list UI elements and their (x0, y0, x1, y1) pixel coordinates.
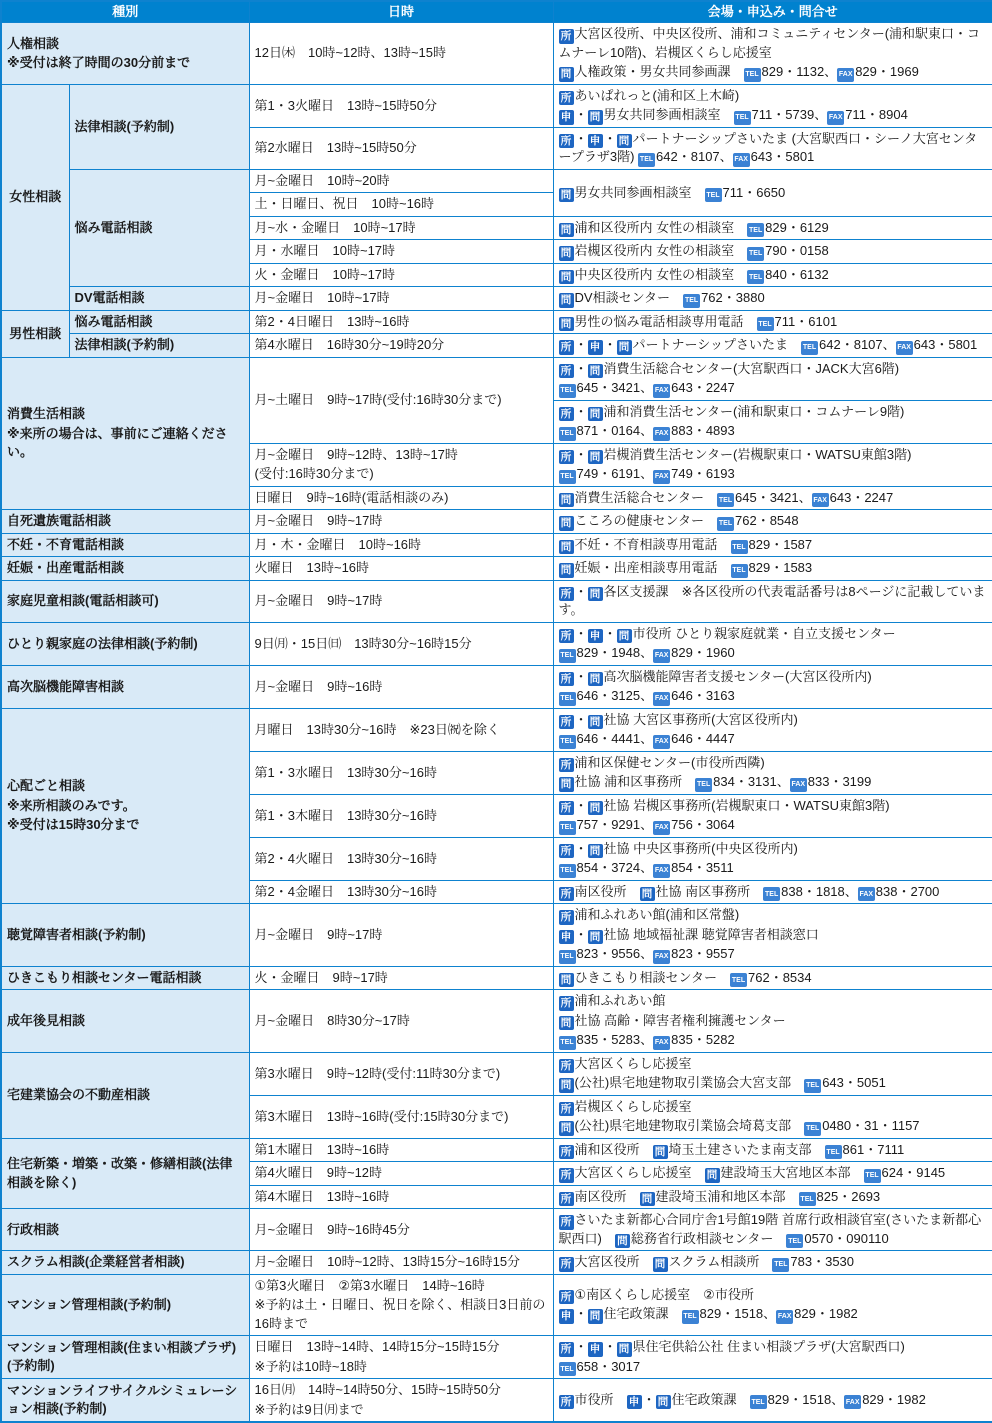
place-icon: 所 (559, 1257, 574, 1272)
date-text: 第1・3木曜日 13時30分~16時 (255, 808, 437, 823)
header-row: 種別 日時 会場・申込み・問合せ (1, 1, 992, 23)
venue-cell: 所浦和ふれあい館問社協 高齢・障害者権利擁護センターTEL835・5283、FA… (553, 990, 992, 1053)
venue-cell: 問消費生活総合センター TEL645・3421、FAX643・2247 (553, 486, 992, 510)
fax-icon: FAX (776, 1310, 793, 1324)
date-cell: 火・金曜日 9時~17時 (249, 966, 553, 990)
venue-line: 所・問各区支援課 ※各区役所の代表電話番号は8ページに記載しています。 (559, 583, 988, 620)
date-cell: 月~金曜日 9時~17時 (249, 904, 553, 967)
date-cell: 月~金曜日 9時~16時 (249, 665, 553, 708)
tel-icon: TEL (801, 341, 818, 355)
inquiry-icon: 問 (588, 1309, 603, 1324)
inquiry-icon: 問 (588, 930, 603, 945)
tel-icon: TEL (559, 692, 576, 706)
inquiry-icon: 問 (588, 110, 603, 125)
venue-text: 749・6191、 (577, 466, 654, 481)
date-text: 月~水・金曜日 10時~17時 (255, 220, 416, 235)
date-text: 第2・4日曜日 13時~16時 (255, 314, 410, 329)
table-row: 自死遺族電話相談月~金曜日 9時~17時問こころの健康センター TEL762・8… (1, 510, 992, 534)
venue-cell: 所市役所 申・問住宅政策課 TEL829・1518、FAX829・1982 (553, 1379, 992, 1422)
venue-text: 643・5051 (822, 1075, 886, 1090)
venue-text: 643・2247 (671, 380, 735, 395)
venue-text: あいぱれっと(浦和区上木崎) (575, 88, 740, 103)
place-icon: 所 (559, 450, 574, 465)
type-cell: 男性相談 (1, 310, 69, 357)
venue-text: ・ (575, 626, 588, 641)
venue-text: 南区役所 (575, 884, 640, 899)
date-line: 日曜日 13時~14時、14時15分~15時15分 (255, 1338, 548, 1356)
type-line: 不妊・不育電話相談 (7, 536, 244, 554)
date-line: 火・金曜日 10時~17時 (255, 266, 548, 284)
venue-text: ・ (575, 584, 588, 599)
apply-icon: 申 (588, 134, 603, 149)
tel-icon: TEL (750, 1395, 767, 1409)
venue-text: 大宮区くらし応援室 (575, 1056, 692, 1071)
venue-text: 829・1583 (749, 560, 813, 575)
tel-icon: TEL (747, 270, 764, 284)
table-row: 家庭児童相談(電話相談可)月~金曜日 9時~17時所・問各区支援課 ※各区役所の… (1, 580, 992, 622)
inquiry-icon: 問 (617, 1342, 632, 1357)
place-icon: 所 (559, 887, 574, 902)
date-cell: 9日㈪・15日㈰ 13時30分~16時15分 (249, 622, 553, 665)
date-cell: 16日㈪ 14時~14時50分、15時~15時50分※予約は9日㈪まで (249, 1379, 553, 1422)
venue-line: TEL854・3724、FAX854・3511 (559, 859, 988, 878)
inquiry-icon: 問 (588, 450, 603, 465)
date-text: 第4木曜日 13時~16時 (255, 1189, 390, 1204)
tel-icon: TEL (559, 1036, 576, 1050)
inquiry-icon: 問 (617, 629, 632, 644)
date-text: 火・金曜日 9時~17時 (255, 970, 388, 985)
date-line: 第2・4金曜日 13時30分~16時 (255, 883, 548, 901)
venue-line: TEL829・1948、FAX829・1960 (559, 644, 988, 663)
venue-text: (公社)県宅地建物取引業協会大宮支部 (575, 1075, 805, 1090)
date-cell: 月・水曜日 10時~17時 (249, 240, 553, 264)
date-line: 16日㈪ 14時~14時50分、15時~15時50分 (255, 1381, 548, 1399)
venue-text: 642・8107、 (656, 149, 733, 164)
venue-text: DV相談センター (575, 290, 684, 305)
sub-text: DV電話相談 (75, 290, 145, 305)
type-text: ※受付は15時30分まで (7, 817, 140, 832)
venue-text: ・ (575, 1306, 588, 1321)
venue-line: 所岩槻区くらし応援室 (559, 1098, 988, 1117)
date-line: ※予約は9日㈪まで (255, 1401, 548, 1419)
place-icon: 所 (559, 91, 574, 106)
tel-icon: TEL (734, 111, 751, 125)
date-line: 月~水・金曜日 10時~17時 (255, 219, 548, 237)
venue-text: 社協 南区事務所 (656, 884, 764, 899)
inquiry-icon: 問 (588, 844, 603, 859)
date-cell: 日曜日 13時~14時、14時15分~15時15分※予約は10時~18時 (249, 1336, 553, 1379)
date-cell: 第1・3火曜日 13時~15時50分 (249, 84, 553, 127)
venue-text: 829・1982 (862, 1392, 926, 1407)
sub-line: 法律相談(予約制) (75, 336, 244, 354)
venue-cell: 問妊娠・出産相談専用電話 TEL829・1583 (553, 557, 992, 581)
date-line: 月~金曜日 9時~17時 (255, 592, 548, 610)
fax-icon: FAX (653, 735, 670, 749)
date-line: 12日㈭ 10時~12時、13時~15時 (255, 44, 548, 62)
sub-cell: 法律相談(予約制) (69, 84, 249, 169)
type-line: 心配ごと相談 (7, 777, 244, 795)
tel-icon: TEL (705, 188, 722, 202)
venue-cell: 問ひきこもり相談センター TEL762・8534 (553, 966, 992, 990)
date-text: 月~金曜日 10時~20時 (255, 173, 390, 188)
date-cell: 月~金曜日 9時~12時、13時~17時(受付:16時30分まで) (249, 443, 553, 486)
date-cell: 火・金曜日 10時~17時 (249, 263, 553, 287)
venue-cell: 所・問社協 岩槻区事務所(岩槻駅東口・WATSU東館3階)TEL757・9291… (553, 794, 992, 837)
venue-line: 所・問社協 岩槻区事務所(岩槻駅東口・WATSU東館3階) (559, 797, 988, 816)
date-text: 月~金曜日 8時30分~17時 (255, 1013, 410, 1028)
tel-icon: TEL (730, 973, 747, 987)
table-row: 悩み電話相談月~金曜日 10時~20時問男女共同参画相談室 TEL711・665… (1, 169, 992, 192)
date-text: (受付:16時30分まで) (255, 466, 374, 481)
table-row: 行政相談月~金曜日 9時~16時45分所さいたま新都心合同庁舎1号館19階 首席… (1, 1209, 992, 1251)
date-line: 月~金曜日 9時~17時 (255, 926, 548, 944)
venue-line: 所①南区くらし応援室 ②市役所 (559, 1286, 988, 1305)
place-icon: 所 (559, 29, 574, 44)
venue-text: 消費生活総合センター(大宮駅西口・JACK大宮6階) (604, 361, 900, 376)
venue-text: 男女共同参画相談室 (575, 185, 705, 200)
tel-icon: TEL (786, 1234, 803, 1248)
venue-cell: 所南区役所 問社協 南区事務所 TEL838・1818、FAX838・2700 (553, 880, 992, 904)
sub-cell: DV電話相談 (69, 287, 249, 311)
venue-text: ・ (604, 1339, 617, 1354)
apply-icon: 申 (559, 110, 574, 125)
venue-text: 大宮区役所、中央区役所、浦和コミュニティセンター(浦和駅東口・コムナーレ10階)… (559, 26, 981, 60)
date-line: 第4火曜日 9時~12時 (255, 1164, 548, 1182)
venue-line: 所・申・問パートナーシップさいたま (大宮駅西口・シーノ大宮センタープラザ3階)… (559, 130, 988, 167)
inquiry-icon: 問 (559, 1078, 574, 1093)
venue-line: 問消費生活総合センター TEL645・3421、FAX643・2247 (559, 489, 988, 508)
venue-cell: 所・問浦和消費生活センター(浦和駅東口・コムナーレ9階)TEL871・0164、… (553, 400, 992, 443)
venue-text: 浦和区保健センター(市役所西隣) (575, 755, 765, 770)
venue-text: 人権政策・男女共同参画課 (575, 64, 744, 79)
inquiry-icon: 問 (640, 1192, 655, 1207)
place-icon: 所 (559, 1215, 574, 1230)
venue-text: 社協 中央区事務所(中央区役所内) (604, 841, 798, 856)
table-row: マンション管理相談(住まい相談プラザ)(予約制)日曜日 13時~14時、14時1… (1, 1336, 992, 1379)
date-text: 第4火曜日 9時~12時 (255, 1165, 383, 1180)
sub-text: 法律相談(予約制) (75, 337, 175, 352)
table-row: ひとり親家庭の法律相談(予約制)9日㈪・15日㈰ 13時30分~16時15分所・… (1, 622, 992, 665)
place-icon: 所 (559, 407, 574, 422)
venue-text: 建設埼玉浦和地区本部 (656, 1189, 799, 1204)
date-text: 9日㈪・15日㈰ 13時30分~16時15分 (255, 636, 472, 651)
venue-cell: 所浦和区保健センター(市役所西隣)問社協 浦和区事務所 TEL834・3131、… (553, 751, 992, 794)
date-cell: 第2水曜日 13時~15時50分 (249, 127, 553, 169)
place-icon: 所 (559, 1168, 574, 1183)
venue-text: 646・4441、 (577, 731, 654, 746)
venue-text: 749・6193 (671, 466, 735, 481)
date-line: 月~金曜日 10時~12時、13時15分~16時15分 (255, 1253, 548, 1271)
date-cell: 第2・4日曜日 13時~16時 (249, 310, 553, 334)
venue-text: スクラム相談所 (669, 1254, 773, 1269)
sub-line: 悩み電話相談 (75, 313, 244, 331)
tel-icon: TEL (799, 1192, 816, 1206)
table-row: マンションライフサイクルシミュレーション相談(予約制)16日㈪ 14時~14時5… (1, 1379, 992, 1422)
venue-text: 社協 浦和区事務所 (575, 774, 696, 789)
type-cell: 自死遺族電話相談 (1, 510, 249, 534)
venue-line: 所・問岩槻消費生活センター(岩槻駅東口・WATSU東館3階) (559, 446, 988, 465)
tel-icon: TEL (763, 887, 780, 901)
type-text: ひきこもり相談センター電話相談 (7, 970, 201, 985)
venue-text: 社協 高齢・障害者権利擁護センター (575, 1013, 786, 1028)
place-icon: 所 (559, 1395, 574, 1410)
type-text: 妊娠・出産電話相談 (7, 560, 124, 575)
table-row: DV電話相談月~金曜日 10時~17時問DV相談センター TEL762・3880 (1, 287, 992, 311)
type-cell: 宅建業協会の不動産相談 (1, 1052, 249, 1138)
date-text: 月~金曜日 9時~12時、13時~17時 (255, 447, 458, 462)
table-row: スクラム相談(企業経営者相談)月~金曜日 10時~12時、13時15分~16時1… (1, 1251, 992, 1275)
date-cell: ①第3火曜日 ②第3水曜日 14時~16時※予約は土・日曜日、祝日を除く、相談日… (249, 1274, 553, 1335)
date-cell: 日曜日 9時~16時(電話相談のみ) (249, 486, 553, 510)
table-row: 宅建業協会の不動産相談第3水曜日 9時~12時(受付:11時30分まで)所大宮区… (1, 1052, 992, 1095)
date-cell: 第4水曜日 16時30分~19時20分 (249, 334, 553, 358)
type-text: 家庭児童相談(電話相談可) (7, 593, 159, 608)
tel-icon: TEL (731, 540, 748, 554)
venue-text: 社協 岩槻区事務所(岩槻駅東口・WATSU東館3階) (604, 798, 890, 813)
date-cell: 火曜日 13時~16時 (249, 557, 553, 581)
tel-icon: TEL (772, 1258, 789, 1272)
tel-icon: TEL (682, 1310, 699, 1324)
venue-text: 岩槻区くらし応援室 (575, 1099, 692, 1114)
inquiry-icon: 問 (653, 1257, 668, 1272)
date-cell: 第2・4火曜日 13時30分~16時 (249, 837, 553, 880)
sub-text: 悩み電話相談 (75, 220, 153, 235)
apply-icon: 申 (627, 1395, 642, 1410)
venue-text: ・ (575, 337, 588, 352)
date-text: 第3木曜日 13時~16時(受付:15時30分まで) (255, 1109, 509, 1124)
date-text: 月~金曜日 9時~17時 (255, 513, 383, 528)
date-text: 月~金曜日 9時~17時 (255, 927, 383, 942)
fax-icon: FAX (837, 68, 854, 82)
venue-text: ・ (575, 798, 588, 813)
venue-line: 問男性の悩み電話相談専用電話 TEL711・6101 (559, 313, 988, 332)
inquiry-icon: 問 (559, 223, 574, 238)
venue-text: 浦和ふれあい館(浦和区常盤) (575, 907, 740, 922)
venue-text: 833・3199 (808, 774, 872, 789)
fax-icon: FAX (812, 493, 829, 507)
type-line: ※受付は15時30分まで (7, 816, 244, 834)
sub-cell: 法律相談(予約制) (69, 334, 249, 358)
type-text: 男性相談 (9, 326, 61, 341)
date-cell: 月~金曜日 9時~17時 (249, 580, 553, 622)
table-row: ひきこもり相談センター電話相談火・金曜日 9時~17時問ひきこもり相談センター … (1, 966, 992, 990)
date-line: ①第3火曜日 ②第3水曜日 14時~16時 (255, 1277, 548, 1295)
type-text: 人権相談 (7, 36, 59, 51)
type-cell: 成年後見相談 (1, 990, 249, 1053)
date-line: 第2・4日曜日 13時~16時 (255, 313, 548, 331)
apply-icon: 申 (559, 1309, 574, 1324)
type-line: 男性相談 (4, 325, 67, 343)
type-line: ※来所相談のみです。 (7, 797, 244, 815)
date-line: 月~金曜日 10時~20時 (255, 172, 548, 190)
tel-icon: TEL (559, 384, 576, 398)
date-text: 第1・3水曜日 13時30分~16時 (255, 765, 437, 780)
type-text: 住宅新築・増築・改築・修繕相談(法律相談を除く) (7, 1156, 232, 1189)
type-line: マンション管理相談(予約制) (7, 1296, 244, 1314)
consultation-table: 種別 日時 会場・申込み・問合せ 人権相談※受付は終了時間の30分前まで12日㈭… (0, 0, 992, 1423)
venue-cell: 問浦和区役所内 女性の相談室 TEL829・6129 (553, 216, 992, 240)
venue-cell: 問男女共同参画相談室 TEL711・6650 (553, 169, 992, 216)
inquiry-icon: 問 (588, 587, 603, 602)
venue-text: 829・1982 (794, 1306, 858, 1321)
date-cell: 第1・3木曜日 13時30分~16時 (249, 794, 553, 837)
venue-text: 不妊・不育相談専用電話 (575, 537, 731, 552)
consultation-rows: 人権相談※受付は終了時間の30分前まで12日㈭ 10時~12時、13時~15時所… (1, 23, 992, 1422)
place-icon: 所 (559, 1192, 574, 1207)
apply-icon: 申 (559, 930, 574, 945)
venue-line: 申・問住宅政策課 TEL829・1518、FAX829・1982 (559, 1305, 988, 1324)
venue-text: 男女共同参画相談室 (604, 107, 734, 122)
tel-icon: TEL (747, 247, 764, 261)
venue-text: 南区役所 (575, 1189, 640, 1204)
fax-icon: FAX (844, 1395, 861, 1409)
date-cell: 月・木・金曜日 10時~16時 (249, 533, 553, 557)
inquiry-icon: 問 (559, 1121, 574, 1136)
venue-text: 0480・31・1157 (822, 1118, 919, 1133)
venue-cell: 所大宮区役所 問スクラム相談所 TEL783・3530 (553, 1251, 992, 1275)
venue-line: 問岩槻区役所内 女性の相談室 TEL790・0158 (559, 242, 988, 261)
tel-icon: TEL (559, 864, 576, 878)
date-cell: 月曜日 13時30分~16時 ※23日㈷を除く (249, 708, 553, 751)
venue-text: 高次脳機能障害者支援センター(大宮区役所内) (604, 669, 872, 684)
venue-text: 823・9556、 (577, 946, 654, 961)
inquiry-icon: 問 (559, 516, 574, 531)
venue-text: 646・3163 (671, 688, 735, 703)
sub-line: DV電話相談 (75, 289, 244, 307)
place-icon: 所 (559, 672, 574, 687)
date-line: ※予約は土・日曜日、祝日を除く、相談日3日前の16時まで (255, 1296, 548, 1333)
inquiry-icon: 問 (588, 801, 603, 816)
venue-line: 問妊娠・出産相談専用電話 TEL829・1583 (559, 559, 988, 578)
place-icon: 所 (559, 629, 574, 644)
apply-icon: 申 (588, 629, 603, 644)
venue-text: 838・2700 (876, 884, 940, 899)
venue-text: 756・3064 (671, 817, 735, 832)
type-line: 聴覚障害者相談(予約制) (7, 926, 244, 944)
venue-cell: 所浦和ふれあい館(浦和区常盤)申・問社協 地域福祉課 聴覚障害者相談窓口TEL8… (553, 904, 992, 967)
venue-text: 646・3125、 (577, 688, 654, 703)
venue-text: 男性の悩み電話相談専用電話 (575, 314, 757, 329)
venue-text: 岩槻消費生活センター(岩槻駅東口・WATSU東館3階) (604, 447, 912, 462)
date-line: 土・日曜日、祝日 10時~16時 (255, 195, 548, 213)
place-icon: 所 (559, 1145, 574, 1160)
venue-cell: 所・問各区支援課 ※各区役所の代表電話番号は8ページに記載しています。 (553, 580, 992, 622)
venue-line: 所・問社協 大宮区事務所(大宮区役所内) (559, 711, 988, 730)
apply-icon: 申 (588, 340, 603, 355)
venue-text: 0570・090110 (804, 1231, 888, 1246)
venue-line: 申・問社協 地域福祉課 聴覚障害者相談窓口 (559, 926, 988, 945)
tel-icon: TEL (804, 1079, 821, 1093)
date-text: 月・水曜日 10時~17時 (255, 243, 396, 258)
inquiry-icon: 問 (588, 672, 603, 687)
venue-text: 県住宅供給公社 住まい相談プラザ(大宮駅西口) (633, 1339, 905, 1354)
venue-cell: 所・申・問県住宅供給公社 住まい相談プラザ(大宮駅西口)TEL658・3017 (553, 1336, 992, 1379)
type-line: ※受付は終了時間の30分前まで (7, 54, 244, 72)
venue-line: 所浦和区保健センター(市役所西隣) (559, 754, 988, 773)
place-icon: 所 (559, 801, 574, 816)
venue-text: 854・3511 (671, 860, 734, 875)
type-cell: 人権相談※受付は終了時間の30分前まで (1, 23, 249, 84)
fax-icon: FAX (653, 384, 670, 398)
inquiry-icon: 問 (559, 270, 574, 285)
table-row: マンション管理相談(予約制)①第3火曜日 ②第3水曜日 14時~16時※予約は土… (1, 1274, 992, 1335)
type-cell: スクラム相談(企業経営者相談) (1, 1251, 249, 1275)
date-text: 月~金曜日 9時~16時45分 (255, 1222, 410, 1237)
type-line: マンション管理相談(住まい相談プラザ)(予約制) (7, 1339, 244, 1376)
inquiry-icon: 問 (588, 407, 603, 422)
venue-line: 所さいたま新都心合同庁舎1号館19階 首席行政相談官室(さいたま新都心駅西口) … (559, 1211, 988, 1248)
venue-text: (公社)県宅地建物取引業協会埼葛支部 (575, 1118, 805, 1133)
type-text: 自死遺族電話相談 (7, 513, 111, 528)
table-row: 妊娠・出産電話相談火曜日 13時~16時問妊娠・出産相談専用電話 TEL829・… (1, 557, 992, 581)
type-cell: 女性相談 (1, 84, 69, 310)
venue-text: 643・2247 (830, 490, 894, 505)
date-cell: 月~土曜日 9時~17時(受付:16時30分まで) (249, 357, 553, 443)
fax-icon: FAX (733, 153, 750, 167)
venue-line: 所・問浦和消費生活センター(浦和駅東口・コムナーレ9階) (559, 403, 988, 422)
date-text: 12日㈭ 10時~12時、13時~15時 (255, 45, 446, 60)
venue-text: 645・3421、 (735, 490, 812, 505)
place-icon: 所 (559, 134, 574, 149)
date-text: 月・木・金曜日 10時~16時 (255, 537, 422, 552)
venue-cell: 所あいぱれっと(浦和区上木崎)申・問男女共同参画相談室 TEL711・5739、… (553, 84, 992, 127)
type-line: 妊娠・出産電話相談 (7, 559, 244, 577)
venue-text: 711・6650 (723, 185, 786, 200)
venue-text: 総務省行政相談センター (631, 1231, 786, 1246)
place-icon: 所 (559, 340, 574, 355)
type-line: 行政相談 (7, 1221, 244, 1239)
date-text: ※予約は10時~18時 (255, 1359, 367, 1374)
inquiry-icon: 問 (559, 973, 574, 988)
sub-line: 悩み電話相談 (75, 219, 244, 237)
venue-text: 825・2693 (817, 1189, 881, 1204)
date-line: 日曜日 9時~16時(電話相談のみ) (255, 489, 548, 507)
venue-text: 834・3131、 (713, 774, 790, 789)
date-cell: 12日㈭ 10時~12時、13時~15時 (249, 23, 553, 84)
inquiry-icon: 問 (615, 1234, 630, 1249)
date-cell: 第4火曜日 9時~12時 (249, 1162, 553, 1186)
date-text: 日曜日 9時~16時(電話相談のみ) (255, 490, 449, 505)
venue-text: 岩槻区役所内 女性の相談室 (575, 243, 748, 258)
venue-text: 社協 地域福祉課 聴覚障害者相談窓口 (604, 927, 819, 942)
inquiry-icon: 問 (559, 246, 574, 261)
inquiry-icon: 問 (559, 317, 574, 332)
tel-icon: TEL (747, 223, 764, 237)
venue-text: ひきこもり相談センター (575, 970, 730, 985)
date-cell: 月~金曜日 9時~16時45分 (249, 1209, 553, 1251)
place-icon: 所 (559, 910, 574, 925)
date-line: 第4木曜日 13時~16時 (255, 1188, 548, 1206)
venue-text: 市役所 (575, 1392, 627, 1407)
fax-icon: FAX (896, 341, 913, 355)
date-line: 第3水曜日 9時~12時(受付:11時30分まで) (255, 1065, 548, 1083)
type-line: 消費生活相談 (7, 405, 244, 423)
venue-line: 問社協 浦和区事務所 TEL834・3131、FAX833・3199 (559, 773, 988, 792)
venue-text: 783・3530 (790, 1254, 854, 1269)
date-cell: 月~金曜日 9時~17時 (249, 510, 553, 534)
date-cell: 第3木曜日 13時~16時(受付:15時30分まで) (249, 1095, 553, 1138)
venue-text: 浦和消費生活センター(浦和駅東口・コムナーレ9階) (604, 404, 905, 419)
type-line: ひとり親家庭の法律相談(予約制) (7, 635, 244, 653)
venue-cell: 所・申・問市役所 ひとり親家庭就業・自立支援センターTEL829・1948、FA… (553, 622, 992, 665)
venue-line: TEL658・3017 (559, 1358, 988, 1377)
tel-icon: TEL (864, 1169, 881, 1183)
venue-cell: 所・申・問パートナーシップさいたま (大宮駅西口・シーノ大宮センタープラザ3階)… (553, 127, 992, 169)
type-cell: 行政相談 (1, 1209, 249, 1251)
sub-cell: 悩み電話相談 (69, 169, 249, 286)
fax-icon: FAX (827, 111, 844, 125)
venue-text: こころの健康センター (575, 513, 717, 528)
